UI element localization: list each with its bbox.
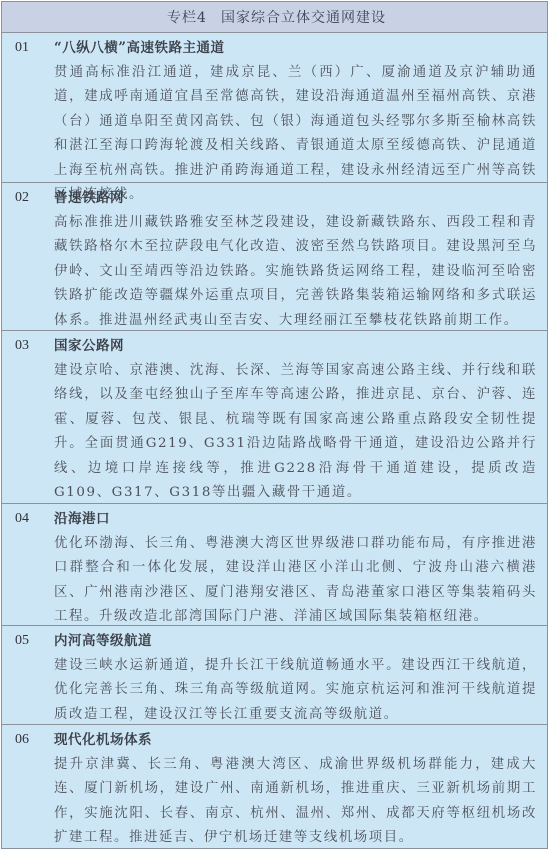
section-row: 02 普速铁路网 高标准推进川藏铁路雅安至林芝段建设，建设新藏铁路东、西段工程和…: [2, 183, 547, 331]
column-header: 专栏4 国家综合立体交通网建设: [2, 2, 547, 33]
section-title: “八纵八横”高速铁路主通道: [54, 36, 537, 61]
section-title: 普速铁路网: [54, 186, 537, 211]
section-title: 国家公路网: [54, 334, 537, 359]
section-body: 建设京哈、京港澳、沈海、长深、兰海等国家高速公路主线、并行线和联络线，以及奎屯经…: [54, 359, 537, 506]
section-body: 提升京津冀、长三角、粤港澳大湾区、成渝世界级机场群能力，建成大连、厦门新机场，建…: [54, 753, 537, 851]
section-index: 02: [15, 186, 29, 211]
section-row: 03 国家公路网 建设京哈、京港澳、沈海、长深、兰海等国家高速公路主线、并行线和…: [2, 331, 547, 504]
section-index: 06: [15, 728, 29, 753]
section-title: 现代化机场体系: [54, 728, 537, 753]
column-label: 专栏4: [167, 7, 207, 27]
section-index: 01: [15, 36, 29, 61]
section-row: 01 “八纵八横”高速铁路主通道 贯通高标准沿江通道，建成京昆、兰（西）广、厦渝…: [2, 33, 547, 183]
section-body: 优化环渤海、长三角、粤港澳大湾区世界级港口群功能布局，有序推进港口群整合和一体化…: [54, 532, 537, 630]
column-title: 国家综合立体交通网建设: [221, 7, 386, 27]
section-body: 高标准推进川藏铁路雅安至林芝段建设，建设新藏铁路东、西段工程和青藏铁路格尔木至拉…: [54, 211, 537, 334]
section-row: 04 沿海港口 优化环渤海、长三角、粤港澳大湾区世界级港口群功能布局，有序推进港…: [2, 504, 547, 626]
section-row: 06 现代化机场体系 提升京津冀、长三角、粤港澳大湾区、成渝世界级机场群能力，建…: [2, 725, 547, 847]
section-index: 03: [15, 334, 29, 359]
section-body: 建设三峡水运新通道，提升长江干线航道畅通水平。建设西江干线航道，优化完善长三角、…: [54, 654, 537, 728]
section-row: 05 内河高等级航道 建设三峡水运新通道，提升长江干线航道畅通水平。建设西江干线…: [2, 626, 547, 725]
section-index: 04: [15, 507, 29, 532]
column-box: 专栏4 国家综合立体交通网建设 01 “八纵八横”高速铁路主通道 贯通高标准沿江…: [1, 1, 548, 849]
section-index: 05: [15, 629, 29, 654]
section-title: 内河高等级航道: [54, 629, 537, 654]
section-title: 沿海港口: [54, 507, 537, 532]
